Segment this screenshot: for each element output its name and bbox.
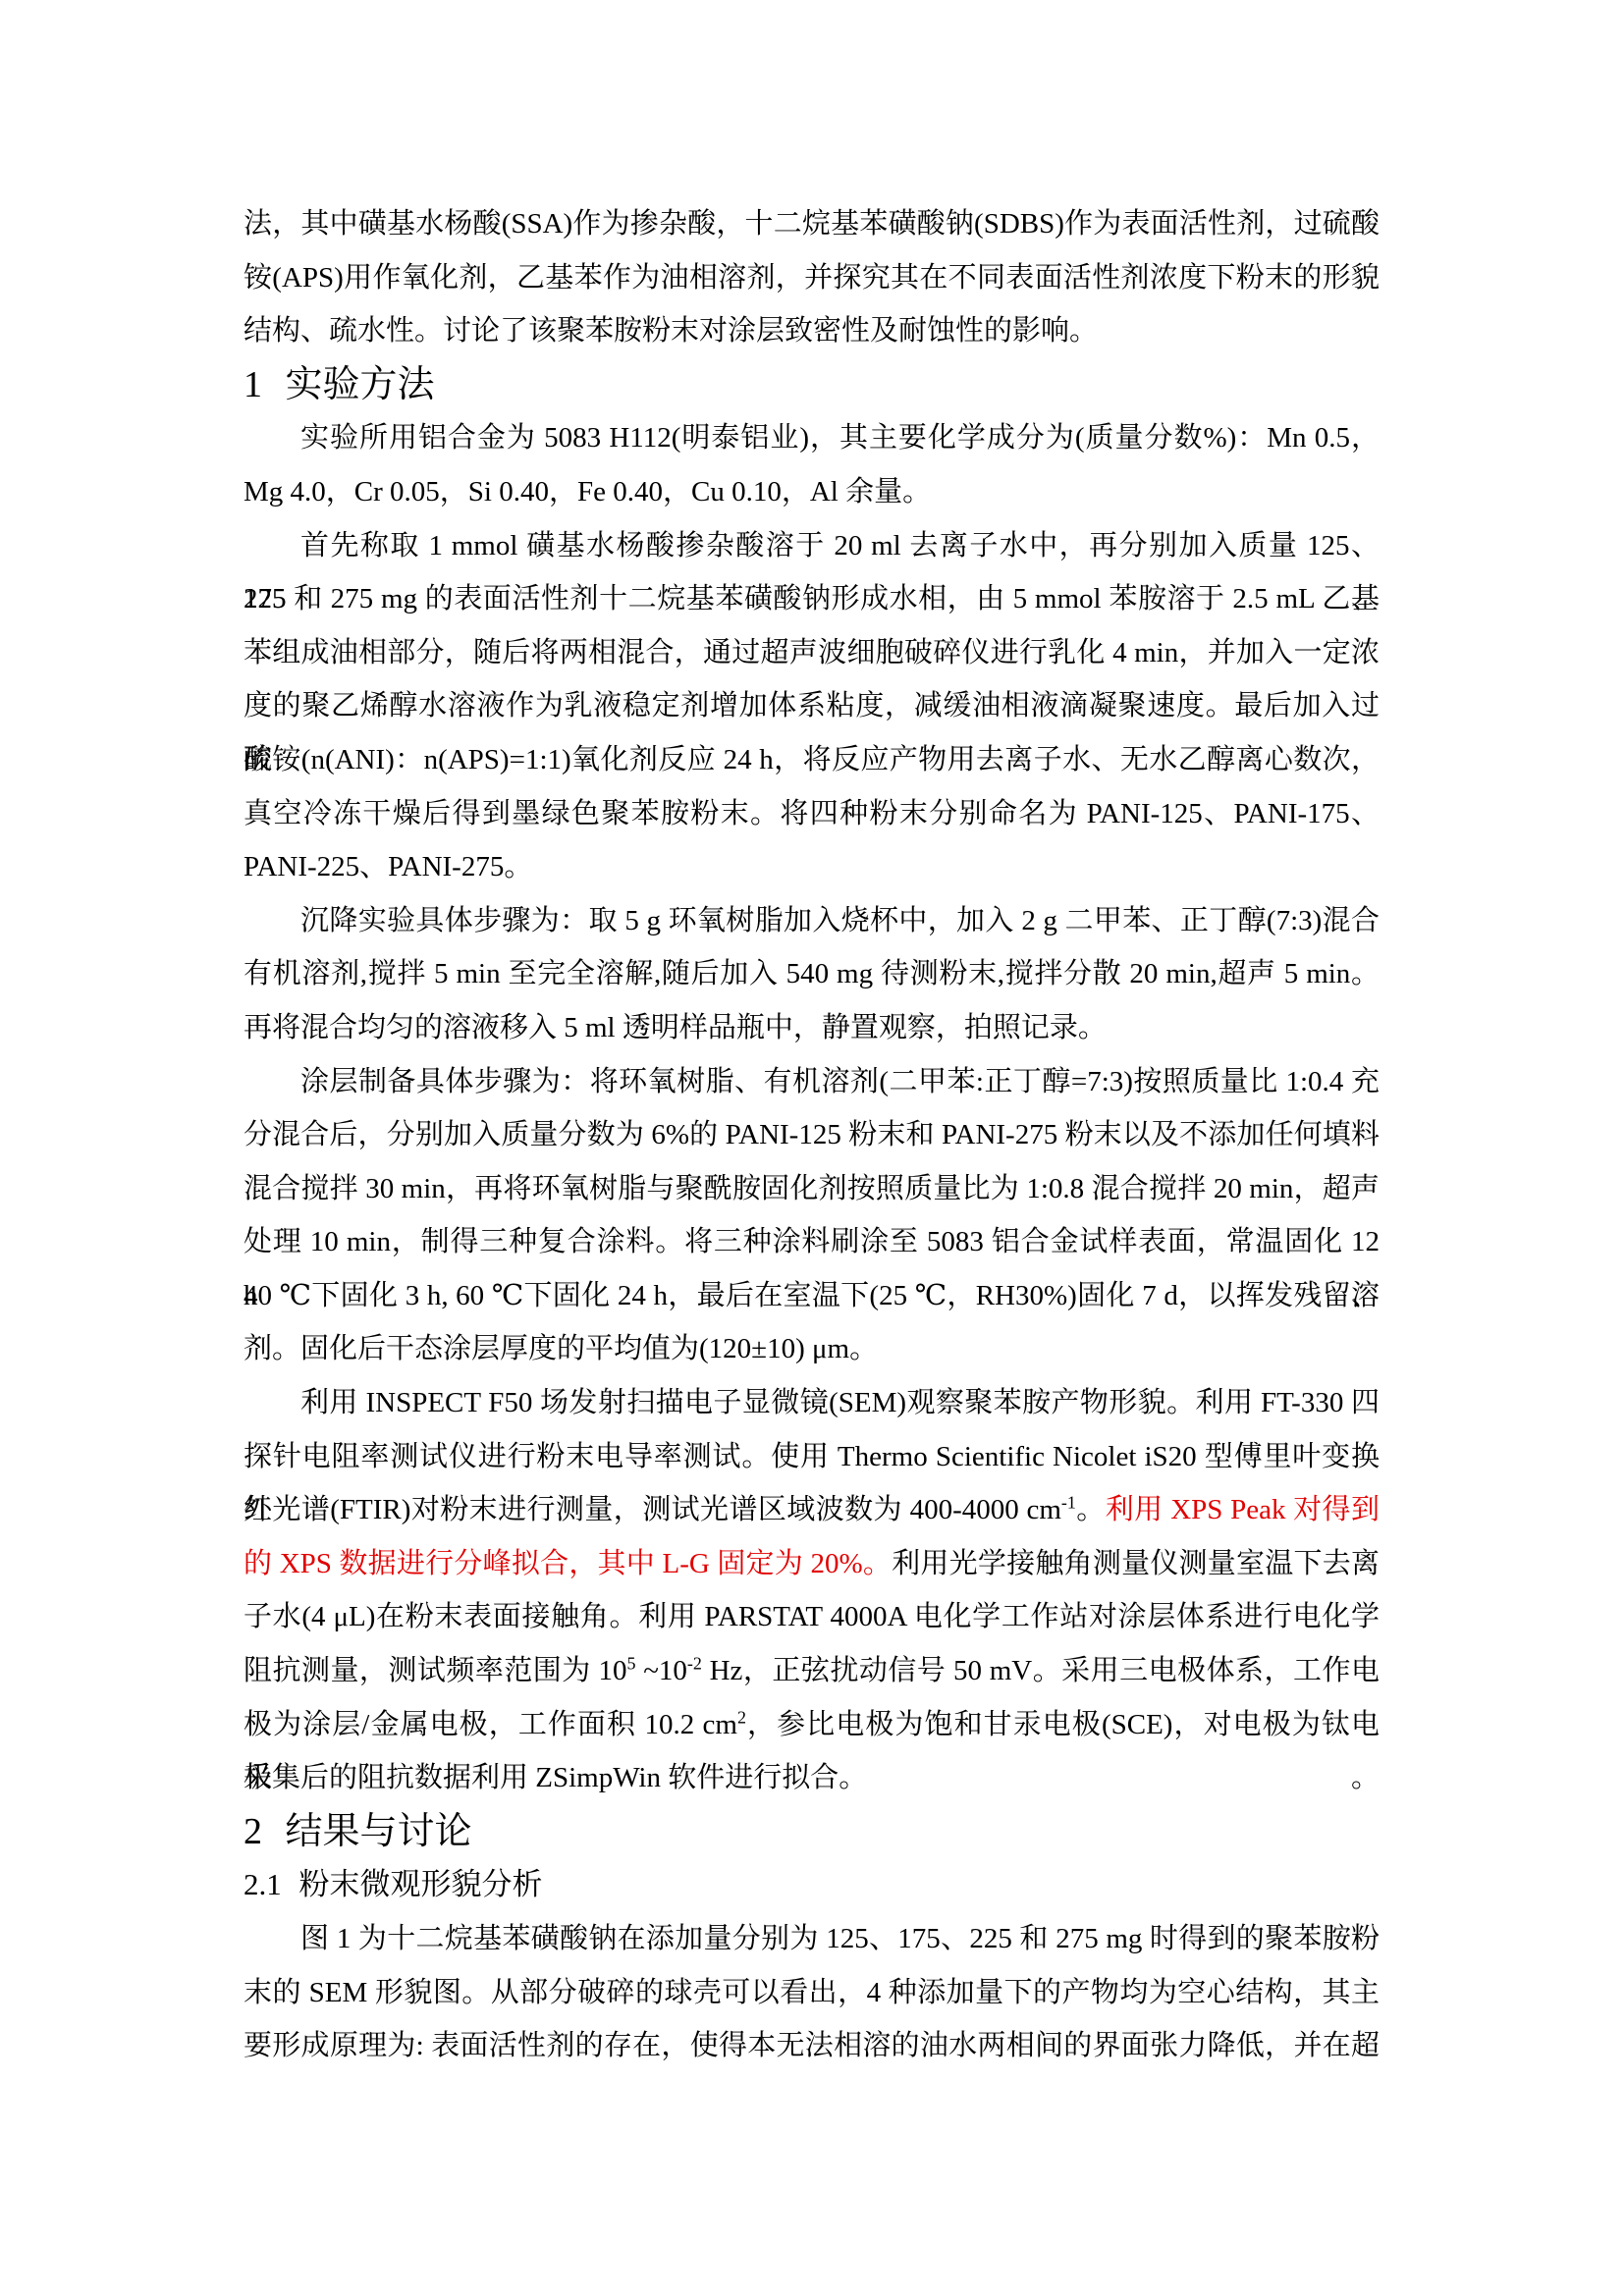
text-line: 再将混合均匀的溶液移入 5 ml 透明样品瓶中，静置观察，拍照记录。	[244, 1001, 1380, 1055]
document-page: 法，其中磺基水杨酸(SSA)作为掺杂酸，十二烷基苯磺酸钠(SDBS)作为表面活性…	[0, 0, 1624, 2296]
text-line: 实验所用铝合金为 5083 H112(明泰铝业)，其主要化学成分为(质量分数%)…	[244, 411, 1380, 465]
text-line: 40 ℃下固化 3 h, 60 ℃下固化 24 h，最后在室温下(25 ℃，RH…	[244, 1269, 1380, 1323]
text-segment: 实验所用铝合金为 5083 H112(明泰铝业)，其主要化学成分为(质量分数%)…	[300, 422, 1380, 454]
text-segment: 。	[1076, 1494, 1106, 1525]
text-segment: 分混合后，分别加入质量分数为 6%的 PANI-125 粉末和 PANI-275…	[244, 1119, 1380, 1150]
superscript-text: -2	[687, 1653, 702, 1673]
text-line: 要形成原理为: 表面活性剂的存在，使得本无法相溶的油水两相间的界面张力降低，并在…	[244, 2019, 1380, 2073]
text-segment: 结构、疏水性。讨论了该聚苯胺粉末对涂层致密性及耐蚀性的影响。	[244, 315, 1098, 347]
highlighted-red-text: 的 XPS 数据进行分峰拟合，其中 L-G 固定为 20%。	[244, 1548, 892, 1579]
text-line: 有机溶剂,搅拌 5 min 至完全溶解,随后加入 540 mg 待测粉末,搅拌分…	[244, 947, 1380, 1001]
highlighted-red-text: 利用 XPS Peak 对得到	[1106, 1494, 1380, 1525]
text-segment: 有机溶剂,搅拌 5 min 至完全溶解,随后加入 540 mg 待测粉末,搅拌分…	[244, 958, 1380, 989]
text-line: 首先称取 1 mmol 磺基水杨酸掺杂酸溶于 20 ml 去离子水中，再分别加入…	[244, 519, 1380, 573]
text-segment: Hz，正弦扰动信号 50 mV。采用三电极体系，工作电	[702, 1655, 1380, 1686]
text-line: 225 和 275 mg 的表面活性剂十二烷基苯磺酸钠形成水相，由 5 mmol…	[244, 572, 1380, 626]
text-segment: ~10	[635, 1655, 686, 1686]
text-line: 沉降实验具体步骤为：取 5 g 环氧树脂加入烧杯中，加入 2 g 二甲苯、正丁醇…	[244, 894, 1380, 948]
text-segment: 苯组成油相部分，随后将两相混合，通过超声波细胞破碎仪进行乳化 4 min，并加入…	[244, 637, 1380, 668]
text-segment: 利用 INSPECT F50 场发射扫描电子显微镜(SEM)观察聚苯胺产物形貌。…	[300, 1387, 1380, 1418]
text-line: 分混合后，分别加入质量分数为 6%的 PANI-125 粉末和 PANI-275…	[244, 1108, 1380, 1162]
text-line: 铵(APS)用作氧化剂，乙基苯作为油相溶剂，并探究其在不同表面活性剂浓度下粉末的…	[244, 251, 1380, 305]
section-heading: 2 结果与讨论	[244, 1805, 1380, 1859]
text-segment: 2 结果与讨论	[244, 1811, 472, 1852]
text-line: 阻抗测量，测试频率范围为 105 ~10-2 Hz，正弦扰动信号 50 mV。采…	[244, 1644, 1380, 1698]
text-line: 混合搅拌 30 min，再将环氧树脂与聚酰胺固化剂按照质量比为 1:0.8 混合…	[244, 1162, 1380, 1216]
text-segment: 1 实验方法	[244, 364, 435, 405]
text-segment: 2.1 粉末微观形貌分析	[244, 1867, 543, 1901]
text-segment: 外光谱(FTIR)对粉末进行测量，测试光谱区域波数为 400-4000 cm	[244, 1494, 1061, 1525]
text-line: Mg 4.0，Cr 0.05，Si 0.40，Fe 0.40，Cu 0.10，A…	[244, 465, 1380, 519]
text-segment: 采集后的阻抗数据利用 ZSimpWin 软件进行拟合。	[244, 1762, 867, 1793]
text-segment: Mg 4.0，Cr 0.05，Si 0.40，Fe 0.40，Cu 0.10，A…	[244, 476, 931, 507]
text-line: 探针电阻率测试仪进行粉末电导率测试。使用 Thermo Scientific N…	[244, 1430, 1380, 1484]
text-line: 处理 10 min，制得三种复合涂料。将三种涂料刷涂至 5083 铝合金试样表面…	[244, 1215, 1380, 1269]
text-segment: 法，其中磺基水杨酸(SSA)作为掺杂酸，十二烷基苯磺酸钠(SDBS)作为表面活性…	[244, 208, 1380, 240]
superscript-text: -1	[1061, 1493, 1076, 1513]
text-segment: 剂。固化后干态涂层厚度的平均值为(120±10) μm。	[244, 1333, 878, 1364]
text-segment: 混合搅拌 30 min，再将环氧树脂与聚酰胺固化剂按照质量比为 1:0.8 混合…	[244, 1173, 1380, 1204]
document-text-block: 法，其中磺基水杨酸(SSA)作为掺杂酸，十二烷基苯磺酸钠(SDBS)作为表面活性…	[244, 197, 1380, 2073]
text-line: 结构、疏水性。讨论了该聚苯胺粉末对涂层致密性及耐蚀性的影响。	[244, 304, 1380, 358]
text-line: 图 1 为十二烷基苯磺酸钠在添加量分别为 125、175、225 和 275 m…	[244, 1912, 1380, 1966]
text-line: 末的 SEM 形貌图。从部分破碎的球壳可以看出，4 种添加量下的产物均为空心结构…	[244, 1966, 1380, 2020]
text-line: 法，其中磺基水杨酸(SSA)作为掺杂酸，十二烷基苯磺酸钠(SDBS)作为表面活性…	[244, 197, 1380, 251]
text-line: 的 XPS 数据进行分峰拟合，其中 L-G 固定为 20%。利用光学接触角测量仪…	[244, 1537, 1380, 1591]
text-segment: 利用光学接触角测量仪测量室温下去离	[892, 1548, 1380, 1579]
section-heading: 1 实验方法	[244, 358, 1380, 412]
text-segment: 沉降实验具体步骤为：取 5 g 环氧树脂加入烧杯中，加入 2 g 二甲苯、正丁醇…	[300, 905, 1380, 936]
superscript-text: 2	[737, 1707, 746, 1727]
text-segment: 真空冷冻干燥后得到墨绿色聚苯胺粉末。将四种粉末分别命名为 PANI-125、PA…	[244, 798, 1380, 829]
text-segment: 40 ℃下固化 3 h, 60 ℃下固化 24 h，最后在室温下(25 ℃，RH…	[244, 1280, 1380, 1311]
text-segment: 要形成原理为: 表面活性剂的存在，使得本无法相溶的油水两相间的界面张力降低，并在…	[244, 2030, 1380, 2061]
text-line: 极为涂层/金属电极，工作面积 10.2 cm2，参比电极为饱和甘汞电极(SCE)…	[244, 1698, 1380, 1752]
subsection-heading: 2.1 粉末微观形貌分析	[244, 1858, 1380, 1912]
text-line: 涂层制备具体步骤为：将环氧树脂、有机溶剂(二甲苯:正丁醇=7:3)按照质量比 1…	[244, 1055, 1380, 1109]
text-line: 利用 INSPECT F50 场发射扫描电子显微镜(SEM)观察聚苯胺产物形貌。…	[244, 1376, 1380, 1430]
text-line: 剂。固化后干态涂层厚度的平均值为(120±10) μm。	[244, 1322, 1380, 1376]
text-segment: 再将混合均匀的溶液移入 5 ml 透明样品瓶中，静置观察，拍照记录。	[244, 1012, 1107, 1043]
text-segment: PANI-225、PANI-275。	[244, 851, 532, 882]
text-segment: 铵(APS)用作氧化剂，乙基苯作为油相溶剂，并探究其在不同表面活性剂浓度下粉末的…	[244, 262, 1380, 294]
text-segment: 酸铵(n(ANI)：n(APS)=1:1)氧化剂反应 24 h，将反应产物用去离…	[244, 744, 1380, 775]
text-segment: 225 和 275 mg 的表面活性剂十二烷基苯磺酸钠形成水相，由 5 mmol…	[244, 583, 1380, 614]
text-line: 酸铵(n(ANI)：n(APS)=1:1)氧化剂反应 24 h，将反应产物用去离…	[244, 733, 1380, 787]
text-segment: 极为涂层/金属电极，工作面积 10.2 cm	[244, 1709, 737, 1740]
text-line: 子水(4 μL)在粉末表面接触角。利用 PARSTAT 4000A 电化学工作站…	[244, 1590, 1380, 1644]
text-segment: 涂层制备具体步骤为：将环氧树脂、有机溶剂(二甲苯:正丁醇=7:3)按照质量比 1…	[300, 1066, 1380, 1097]
text-segment: 图 1 为十二烷基苯磺酸钠在添加量分别为 125、175、225 和 275 m…	[300, 1923, 1380, 1954]
text-segment: 末的 SEM 形貌图。从部分破碎的球壳可以看出，4 种添加量下的产物均为空心结构…	[244, 1977, 1380, 2008]
text-line: 外光谱(FTIR)对粉末进行测量，测试光谱区域波数为 400-4000 cm-1…	[244, 1483, 1380, 1537]
text-line: PANI-225、PANI-275。	[244, 840, 1380, 894]
text-line: 真空冷冻干燥后得到墨绿色聚苯胺粉末。将四种粉末分别命名为 PANI-125、PA…	[244, 787, 1380, 841]
text-segment: 子水(4 μL)在粉末表面接触角。利用 PARSTAT 4000A 电化学工作站…	[244, 1601, 1380, 1632]
text-segment: 阻抗测量，测试频率范围为 10	[244, 1655, 627, 1686]
text-line: 苯组成油相部分，随后将两相混合，通过超声波细胞破碎仪进行乳化 4 min，并加入…	[244, 626, 1380, 680]
text-line: 度的聚乙烯醇水溶液作为乳液稳定剂增加体系粘度，减缓油相液滴凝聚速度。最后加入过硫	[244, 679, 1380, 733]
